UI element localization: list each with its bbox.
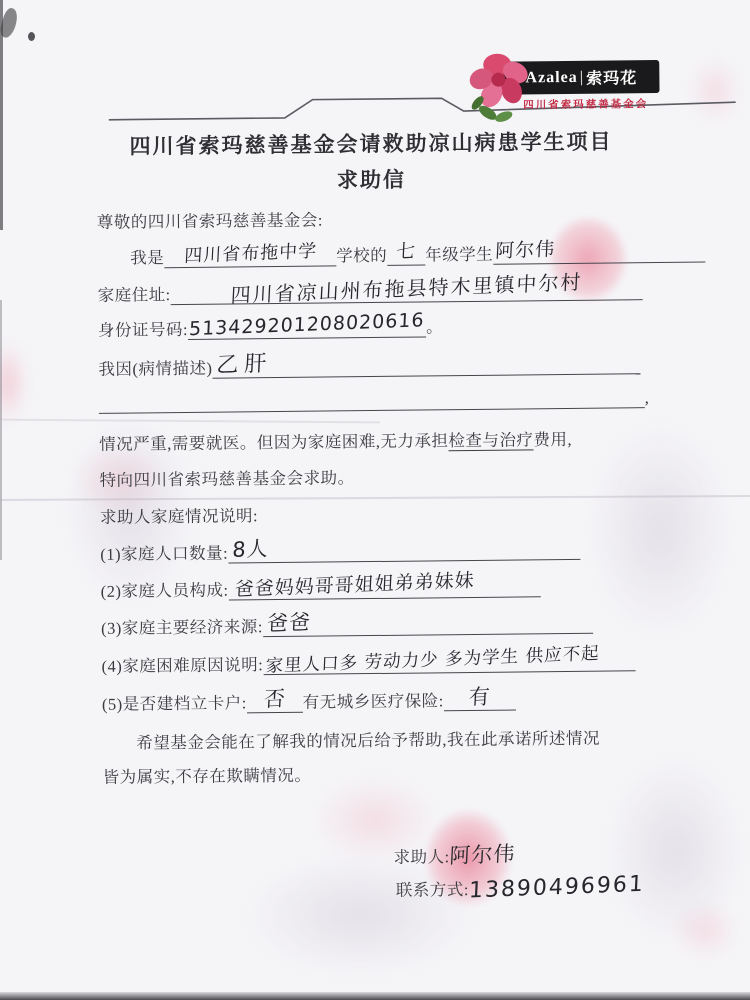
paragraph-line2: 特向四川省索玛慈善基金会求助。 bbox=[99, 464, 354, 491]
family-members-label: (2)家庭人员构成: bbox=[101, 581, 229, 601]
address-line: 家庭住址:四川省凉山州布拖县特木里镇中尔村 bbox=[97, 274, 642, 306]
signer-label: 求助人: bbox=[393, 847, 449, 867]
scanned-aid-request-letter: Azalea|索玛花 四川省索玛慈善基金会 四川省索玛慈善基金会请救助凉山病患学… bbox=[0, 0, 750, 1000]
registered-poor-blank: 否 bbox=[247, 687, 303, 714]
id-blank: 513429201208020616 bbox=[188, 311, 426, 339]
address-blank: 四川省凉山州布拖县特木里镇中尔村 bbox=[171, 274, 643, 305]
medical-insurance-label: 有无城乡医疗保险: bbox=[303, 691, 444, 711]
contact-line: 联系方式:13890496961 bbox=[396, 874, 645, 902]
income-source-blank: 爸爸 bbox=[263, 608, 593, 637]
id-label: 身份证号码: bbox=[98, 320, 188, 340]
id-period: 。 bbox=[426, 317, 443, 336]
grade-blank: 七 bbox=[387, 239, 425, 265]
paragraph-part2: 费用, bbox=[533, 430, 572, 449]
income-source-line: (3)家庭主要经济来源:爸爸 bbox=[101, 608, 593, 639]
medical-insurance-blank: 有 bbox=[444, 685, 516, 712]
intro-mid1: 学校的 bbox=[336, 246, 387, 266]
address-label: 家庭住址: bbox=[98, 285, 171, 305]
income-source-label: (3)家庭主要经济来源: bbox=[101, 617, 263, 638]
id-handwritten: 513429201208020616 bbox=[189, 308, 426, 342]
paragraph-line1: 情况严重,需要就医。但因为家庭困难,无力承担检查与治疗费用, bbox=[99, 426, 572, 455]
hardship-reason-blank: 家里人口多 劳动力少 多为学生 供应不起 bbox=[263, 645, 635, 675]
section-heading: 求助人家庭情况说明: bbox=[100, 502, 258, 528]
name-blank: 阿尔伟 bbox=[493, 237, 705, 265]
contact-label: 联系方式: bbox=[396, 880, 469, 900]
contact-handwritten: 13890496961 bbox=[468, 872, 645, 904]
salutation: 尊敬的四川省索玛慈善基金会: bbox=[97, 207, 323, 233]
letter-sheet: Azalea|索玛花 四川省索玛慈善基金会 四川省索玛慈善基金会请救助凉山病患学… bbox=[0, 0, 750, 1000]
name-handwritten: 阿尔伟 bbox=[493, 237, 556, 264]
paragraph-part1: 情况严重,需要就医。但因为家庭困难,无力承担 bbox=[99, 431, 448, 454]
school-blank: 四川省布拖中学 bbox=[164, 240, 336, 268]
id-line: 身份证号码:513429201208020616。 bbox=[98, 311, 443, 341]
illness-label: 我因(病情描述) bbox=[98, 359, 212, 379]
family-members-line: (2)家庭人员构成:爸爸妈妈哥哥姐姐弟弟妹妹 bbox=[101, 571, 541, 602]
registered-poor-line: (5)是否建档立卡户:否有无城乡医疗保险:有 bbox=[102, 685, 516, 715]
closing-line1: 希望基金会能在了解我的情况后给予帮助,我在此承诺所述情况 bbox=[136, 725, 600, 754]
intro-pre: 我是 bbox=[130, 248, 164, 267]
signer-line: 求助人:阿尔伟 bbox=[393, 839, 515, 870]
signer-handwritten: 阿尔伟 bbox=[449, 838, 516, 871]
paragraph-underlined: 检查与治疗 bbox=[448, 430, 533, 450]
letter-title: 四川省索玛慈善基金会请救助凉山病患学生项目 bbox=[0, 124, 746, 162]
address-handwritten: 四川省凉山州布拖县特木里镇中尔村 bbox=[230, 270, 583, 309]
family-size-label: (1)家庭人口数量: bbox=[100, 544, 228, 564]
family-members-blank: 爸爸妈妈哥哥姐姐弟弟妹妹 bbox=[228, 571, 540, 600]
logo-divider: | bbox=[580, 68, 585, 86]
illness-line: 我因(病情描述)乙肝 bbox=[98, 348, 640, 380]
letter-subtitle: 求助信 bbox=[0, 160, 747, 198]
continuation-blank bbox=[99, 382, 645, 414]
registered-poor-handwritten: 否 bbox=[263, 687, 286, 713]
azalea-flower-icon bbox=[467, 46, 546, 135]
registered-poor-label: (5)是否建档立卡户: bbox=[102, 693, 247, 714]
intro-line: 我是四川省布拖中学学校的七年级学生阿尔伟 bbox=[130, 237, 705, 269]
illness-blank: 乙肝 bbox=[212, 348, 640, 378]
intro-mid2: 年级学生 bbox=[425, 245, 493, 265]
medical-insurance-handwritten: 有 bbox=[468, 684, 491, 710]
hardship-reason-label: (4)家庭困难原因说明: bbox=[101, 655, 263, 676]
hardship-reason-line: (4)家庭困难原因说明:家里人口多 劳动力少 多为学生 供应不起 bbox=[101, 645, 635, 677]
continuation-comma: , bbox=[645, 388, 650, 407]
school-handwritten: 四川省布拖中学 bbox=[183, 239, 317, 269]
illness-handwritten: 乙肝 bbox=[212, 351, 273, 378]
illness-continuation-line: , bbox=[99, 382, 650, 414]
family-size-line: (1)家庭人口数量:8人 bbox=[100, 534, 580, 565]
family-size-blank: 8人 bbox=[228, 534, 580, 564]
closing-line2: 皆为属实,不存在欺瞒情况。 bbox=[103, 762, 312, 788]
family-size-handwritten: 8人 bbox=[228, 537, 270, 564]
logo-brand-cn: 索玛花 bbox=[586, 65, 637, 89]
income-source-handwritten: 爸爸 bbox=[262, 610, 311, 637]
hardship-reason-handwritten: 家里人口多 劳动力少 多为学生 供应不起 bbox=[263, 642, 600, 680]
family-members-handwritten: 爸爸妈妈哥哥姐姐弟弟妹妹 bbox=[228, 568, 475, 603]
grade-handwritten: 七 bbox=[396, 239, 417, 265]
